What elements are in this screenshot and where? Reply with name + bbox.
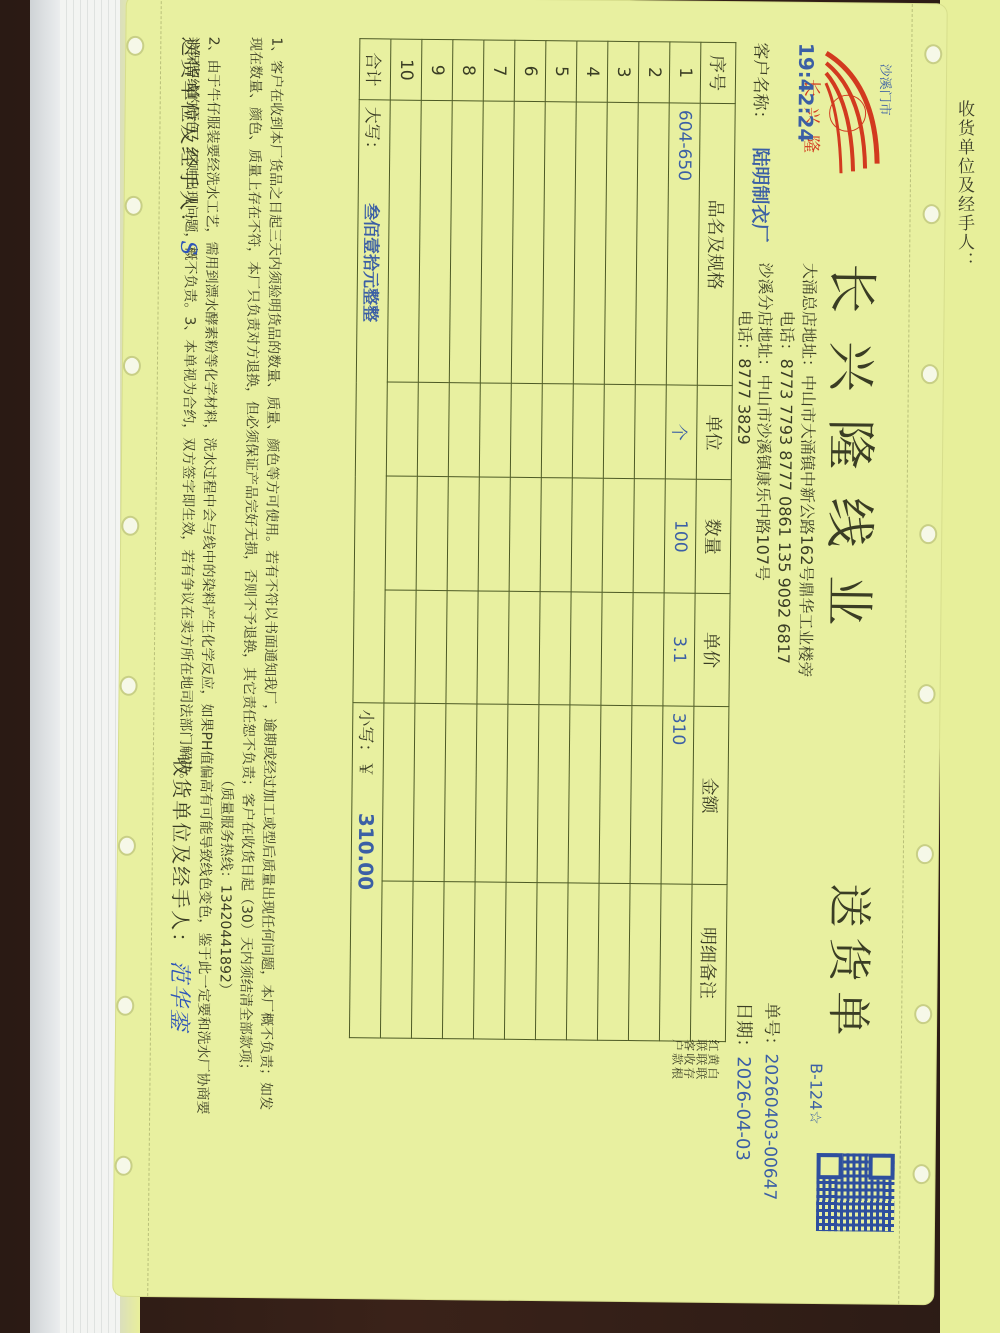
- hole: [916, 844, 934, 864]
- customer-label: 客户名称：: [749, 42, 770, 127]
- row-no: 9: [421, 39, 453, 101]
- row-price: [570, 592, 602, 705]
- row-unit: [448, 383, 480, 478]
- hole: [123, 356, 141, 376]
- row-no: 6: [514, 40, 546, 102]
- branch-phone-value: 8777 3829: [734, 358, 754, 445]
- book-number: B-124☆: [806, 1063, 826, 1125]
- hole: [121, 516, 139, 536]
- row-amount: 310: [661, 706, 694, 884]
- row-note: [628, 884, 661, 1041]
- copy-white-stub: 白联存根: [672, 1066, 720, 1081]
- row-amount: [506, 704, 539, 882]
- row-name: [573, 102, 607, 384]
- row-note: [442, 882, 475, 1039]
- row-amount: [382, 703, 415, 881]
- row-qty: [478, 477, 510, 591]
- col-header-no: 序号: [700, 42, 736, 104]
- hole: [912, 1164, 930, 1184]
- hole: [118, 836, 136, 856]
- row-amount: [537, 705, 570, 883]
- order-number-label: 单号：: [761, 1002, 782, 1053]
- row-unit: [572, 384, 604, 479]
- row-price: [446, 591, 478, 704]
- total-words-label: 大写：: [362, 107, 383, 158]
- row-name: 604-650: [666, 103, 700, 385]
- row-amount: [568, 705, 601, 883]
- hole: [114, 1156, 132, 1176]
- row-unit: 个: [665, 385, 697, 480]
- col-header-name: 品名及规格: [697, 104, 735, 386]
- row-qty: [633, 479, 665, 593]
- row-amount: [630, 706, 663, 884]
- row-no: 8: [452, 40, 484, 102]
- hq-phone-value: 8773 7793 8777 0861 135 9092 6817: [774, 359, 796, 665]
- hole: [126, 36, 144, 56]
- col-header-price: 单价: [694, 593, 730, 706]
- row-note: [566, 883, 599, 1040]
- row-amount: [413, 703, 446, 881]
- row-price: [384, 590, 416, 703]
- order-number: 单号：20260403-00647: [759, 1002, 786, 1200]
- copy-yellow-payment: 黄联收款: [672, 1052, 720, 1067]
- col-header-note: 明细备注: [690, 884, 727, 1041]
- receiver-signature: 收货单位及经手人：范华銮: [165, 756, 199, 1032]
- row-unit: [386, 382, 418, 477]
- hole: [924, 44, 942, 64]
- branch-address-label: 沙溪分店地址：: [755, 262, 775, 374]
- row-price: [508, 591, 540, 704]
- row-amount: [599, 705, 632, 883]
- row-no: 5: [545, 41, 577, 103]
- hq-address-label: 大涌总店地址：: [799, 263, 819, 375]
- row-unit: [479, 383, 511, 478]
- row-price: [415, 590, 447, 703]
- copy-red-customer: 红联客户: [672, 1038, 720, 1053]
- col-header-unit: 单位: [696, 385, 732, 480]
- row-unit: [417, 382, 449, 477]
- adjacent-sheet: 收货单位及经手人：: [940, 0, 1000, 1333]
- row-no: 10: [390, 39, 422, 101]
- adjacent-sheet-receiver-label: 收货单位及经手人：: [952, 100, 977, 271]
- row-name: [449, 101, 483, 383]
- sender-label: 送货单位及经手人：: [176, 36, 202, 234]
- total-label: 合计: [359, 39, 391, 101]
- total-words-value: 叁佰壹拾元整整: [360, 203, 381, 322]
- order-date: 日期：2026-04-03: [731, 1002, 759, 1161]
- hq-phone-label: 电话：: [777, 311, 797, 359]
- print-time: 19:42:24: [793, 43, 818, 143]
- row-qty: 100: [664, 479, 696, 593]
- total-figure-value: 310.00: [354, 813, 379, 890]
- row-qty: [447, 477, 479, 591]
- row-note: [380, 881, 413, 1038]
- items-table: 序号 品名及规格 单位 数量 单价 金额 明细备注 1 604-650 个 10…: [349, 38, 736, 1042]
- receiver-label: 收货单位及经手人：: [168, 756, 194, 954]
- document-title: 送货单: [820, 883, 886, 1046]
- col-header-amount: 金额: [692, 706, 729, 884]
- row-note: [597, 883, 630, 1040]
- row-no: 2: [638, 42, 670, 104]
- row-amount: [475, 704, 508, 882]
- receiver-handwritten-signature: 范华銮: [166, 960, 192, 1032]
- row-price: [539, 592, 571, 705]
- hole: [125, 196, 143, 216]
- hole: [914, 1004, 932, 1024]
- row-qty: [385, 476, 417, 590]
- row-no: 7: [483, 40, 515, 102]
- sender-signature: 送货单位及经手人：S: [175, 36, 206, 257]
- row-price: [477, 591, 509, 704]
- company-title: 长兴隆线业: [816, 263, 892, 654]
- customer-name: 客户名称：陆明制衣厂: [747, 42, 776, 242]
- row-qty: [416, 477, 448, 591]
- row-note: [659, 884, 692, 1041]
- delivery-note: 沙溪门市 长兴隆 19:42:24 长兴隆线业 送货单 大涌总店地址：中山市大涌…: [113, 0, 947, 1304]
- row-note: [411, 881, 444, 1038]
- branch-phone: 电话：8777 3829: [733, 262, 758, 445]
- copy-labels: 白联存根 黄联收款 红联客户: [632, 1049, 720, 1080]
- row-unit: [634, 385, 666, 480]
- row-qty: [602, 479, 634, 593]
- row-name: [418, 101, 452, 383]
- branch-phone-label: 电话：: [735, 310, 755, 358]
- row-no: 3: [607, 41, 639, 103]
- hole: [119, 676, 137, 696]
- sender-handwritten-signature: S: [175, 240, 200, 257]
- row-qty: [509, 478, 541, 592]
- row-note: [535, 883, 568, 1040]
- row-no: 4: [576, 41, 608, 103]
- hole: [922, 204, 940, 224]
- order-number-value: 20260403-00647: [759, 1053, 781, 1200]
- hole: [919, 524, 937, 544]
- row-price: 3.1: [663, 593, 695, 706]
- row-amount: [444, 704, 477, 882]
- col-header-qty: 数量: [695, 480, 731, 594]
- row-qty: [540, 478, 572, 592]
- row-price: [632, 593, 664, 706]
- total-in-figures: 小写：￥ 310.00: [349, 703, 384, 1038]
- row-unit: [603, 384, 635, 479]
- row-name: [387, 100, 421, 382]
- row-unit: [541, 384, 573, 479]
- customer-value: 陆明制衣厂: [748, 147, 771, 242]
- hole: [921, 364, 939, 384]
- row-no: 1: [669, 42, 701, 104]
- row-note: [473, 882, 506, 1039]
- hole: [116, 996, 134, 1016]
- row-name: [635, 103, 669, 385]
- total-figure-label: 小写：￥: [355, 709, 376, 777]
- order-date-value: 2026-04-03: [732, 1056, 754, 1161]
- row-note: [504, 882, 537, 1039]
- row-name: [511, 102, 545, 384]
- hq-address-value: 中山市大涌镇中新公路162号鼎华工业楼旁: [796, 375, 818, 678]
- order-date-label: 日期：: [733, 1002, 755, 1056]
- row-name: [604, 103, 638, 385]
- hole: [917, 684, 935, 704]
- total-in-words: 大写： 叁佰壹拾元整整: [353, 100, 390, 703]
- row-name: [542, 102, 576, 384]
- qr-code-icon[interactable]: [816, 1153, 895, 1232]
- row-qty: [571, 478, 603, 592]
- row-name: [480, 101, 514, 383]
- row-unit: [510, 383, 542, 478]
- row-price: [601, 592, 633, 705]
